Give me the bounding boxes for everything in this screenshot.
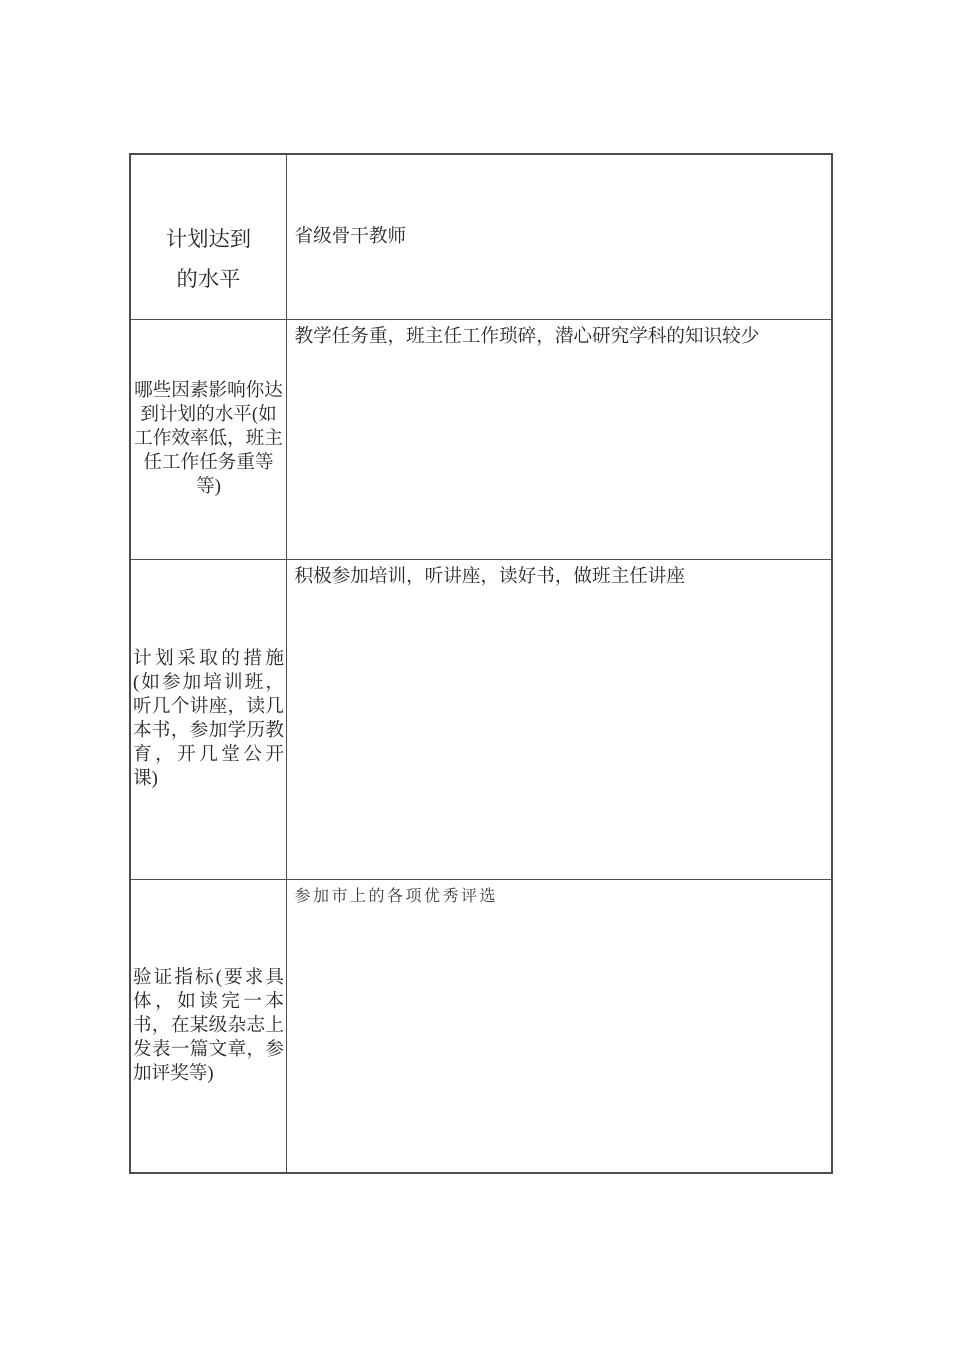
row-header-text: 计划采取的措施(如参加培训班，听几个讲座，读几本书，参加学历教育，开几堂公开课) xyxy=(133,647,284,791)
label-line: 的水平 xyxy=(133,259,284,299)
label-line: 发表一篇文章，参 xyxy=(133,1038,284,1062)
document-page: 计划达到的水平 省级骨干教师 哪些因素影响你达到计划的水平(如工作效率低，班主任… xyxy=(0,0,960,1357)
row-value-cell-plan-level: 省级骨干教师 xyxy=(286,154,832,319)
row-header-text: 计划达到的水平 xyxy=(133,219,284,299)
label-line: 到计划的水平(如 xyxy=(133,403,284,427)
row-value-cell-planned-measures: 积极参加培训，听讲座，读好书，做班主任讲座 xyxy=(286,559,832,879)
label-line: 哪些因素影响你达 xyxy=(133,379,284,403)
label-line: 计划采取的措施 xyxy=(133,647,284,671)
row-header-text: 验证指标(要求具体，如读完一本书，在某级杂志上发表一篇文章，参加评奖等) xyxy=(133,966,284,1086)
table-row-influencing-factors: 哪些因素影响你达到计划的水平(如工作效率低，班主任工作任务重等等) 教学任务重，… xyxy=(130,319,832,559)
label-line: (如参加培训班， xyxy=(133,671,284,695)
label-line: 育，开几堂公开 xyxy=(133,743,284,767)
label-line: 任工作任务重等 xyxy=(133,451,284,475)
label-line: 课) xyxy=(133,767,284,791)
row-value-text: 省级骨干教师 xyxy=(295,225,822,249)
label-line: 本书，参加学历教 xyxy=(133,719,284,743)
table-row-verification-indicators: 验证指标(要求具体，如读完一本书，在某级杂志上发表一篇文章，参加评奖等) 参加市… xyxy=(130,879,832,1173)
label-line: 验证指标(要求具 xyxy=(133,966,284,990)
label-line: 体，如读完一本 xyxy=(133,990,284,1014)
label-line: 工作效率低，班主 xyxy=(133,427,284,451)
row-value-cell-influencing-factors: 教学任务重，班主任工作琐碎，潜心研究学科的知识较少 xyxy=(286,319,832,559)
label-line: 等) xyxy=(133,475,284,499)
table-row-planned-measures: 计划采取的措施(如参加培训班，听几个讲座，读几本书，参加学历教育，开几堂公开课)… xyxy=(130,559,832,879)
row-value-text: 教学任务重，班主任工作琐碎，潜心研究学科的知识较少 xyxy=(295,325,822,349)
label-line: 加评奖等) xyxy=(133,1062,284,1086)
row-header-cell-planned-measures: 计划采取的措施(如参加培训班，听几个讲座，读几本书，参加学历教育，开几堂公开课) xyxy=(130,559,286,879)
development-plan-table: 计划达到的水平 省级骨干教师 哪些因素影响你达到计划的水平(如工作效率低，班主任… xyxy=(129,153,833,1174)
label-line: 听几个讲座，读几 xyxy=(133,695,284,719)
table-row-plan-level: 计划达到的水平 省级骨干教师 xyxy=(130,154,832,319)
label-line: 书，在某级杂志上 xyxy=(133,1014,284,1038)
row-header-cell-verification-indicators: 验证指标(要求具体，如读完一本书，在某级杂志上发表一篇文章，参加评奖等) xyxy=(130,879,286,1173)
row-value-text: 积极参加培训，听讲座，读好书，做班主任讲座 xyxy=(295,565,822,589)
row-value-text: 参加市上的各项优秀评选 xyxy=(295,885,822,909)
row-value-cell-verification-indicators: 参加市上的各项优秀评选 xyxy=(286,879,832,1173)
row-header-text: 哪些因素影响你达到计划的水平(如工作效率低，班主任工作任务重等等) xyxy=(133,379,284,499)
row-header-cell-influencing-factors: 哪些因素影响你达到计划的水平(如工作效率低，班主任工作任务重等等) xyxy=(130,319,286,559)
label-line: 计划达到 xyxy=(133,219,284,259)
row-header-cell-plan-level: 计划达到的水平 xyxy=(130,154,286,319)
